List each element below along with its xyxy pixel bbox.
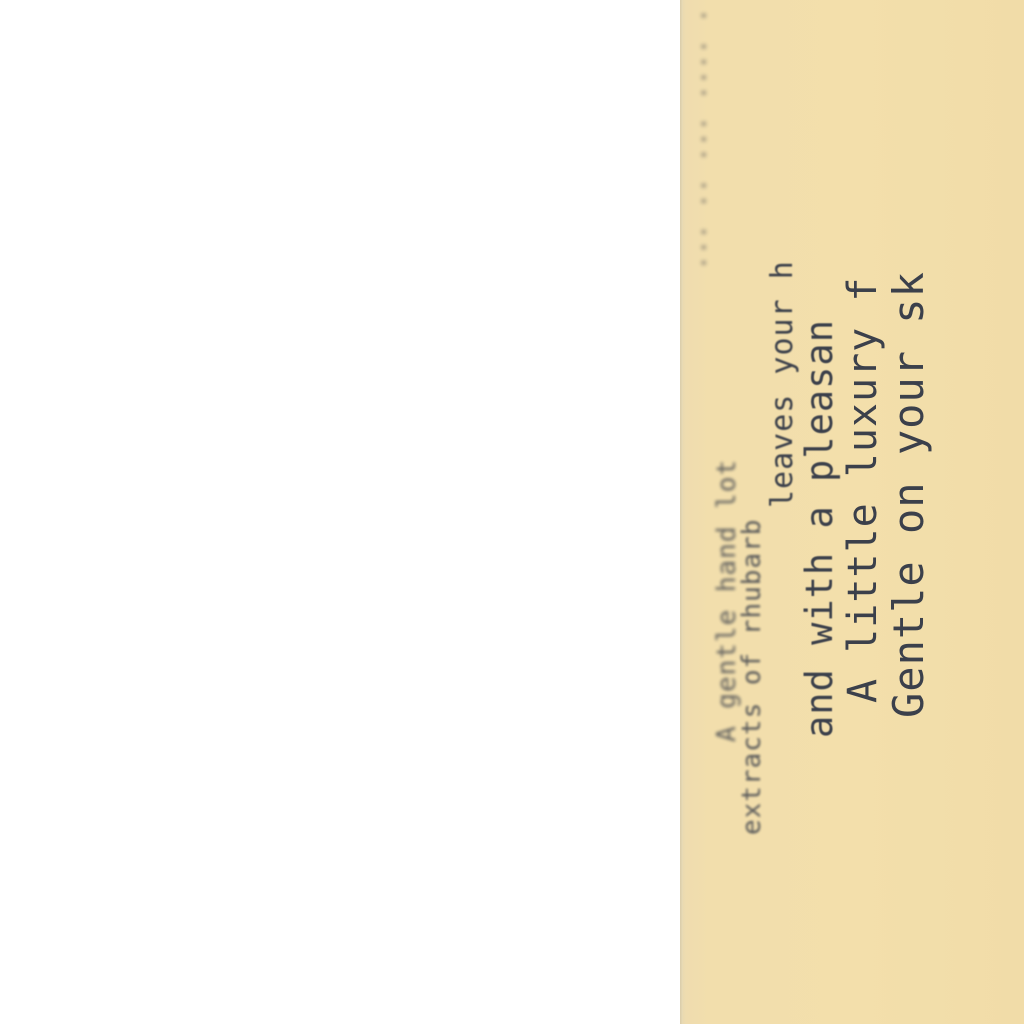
white-background — [0, 0, 682, 1024]
label-line-5: A little luxury f — [840, 277, 886, 703]
label-line-6: Gentle on your sk — [884, 271, 933, 718]
label-line-0: ··· ·· ··· ···· · — [690, 7, 718, 270]
label-line-2: extracts of rhubarb — [737, 519, 767, 835]
label-line-4: and with a pleasan — [798, 319, 841, 738]
tube-edge — [680, 0, 683, 1024]
label-line-3: leaves your h — [765, 260, 800, 508]
